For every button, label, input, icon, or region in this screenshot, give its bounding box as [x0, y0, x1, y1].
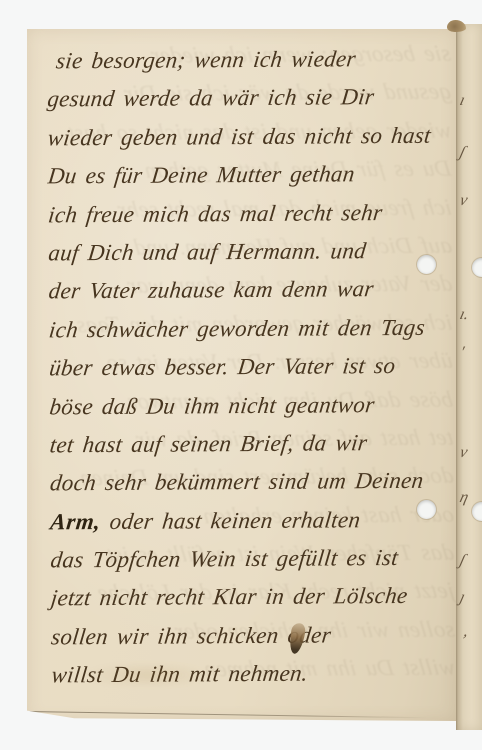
handwriting-line: sie besorgen; wenn ich wieder — [45, 40, 457, 81]
edge-ink-fragment: η — [458, 489, 470, 507]
handwriting-line: das Töpfchen Wein ist gefüllt es ist — [48, 539, 460, 580]
punch-hole — [417, 255, 436, 274]
handwriting-word-emphasis: Arm, — [49, 509, 102, 534]
edge-ink-fragment: ȷ — [458, 589, 467, 607]
scan-background: sie besorgen; wenn ich wieder gesund wer… — [0, 0, 482, 750]
handwriting-line: böse daß Du ihm nicht geantwor — [47, 385, 459, 426]
handwriting-line: Arm, oder hast keinen erhalten — [48, 500, 460, 541]
paper-stain — [82, 662, 212, 688]
handwriting-line: wieder geben und ist das nicht so hast — [46, 116, 458, 157]
handwriting-line: tet hast auf seinen Brief, da wir — [48, 423, 460, 464]
paper-tear — [447, 20, 466, 32]
edge-ink-fragment: ı. — [458, 306, 471, 324]
handwriting-line: über etwas besser. Der Vater ist so — [47, 347, 459, 388]
handwriting-line: jetzt nicht recht Klar in der Lölsche — [49, 577, 461, 618]
handwriting-line: ich freue mich das mal recht sehr — [46, 193, 458, 234]
letter-page: sie besorgen; wenn ich wieder gesund wer… — [27, 29, 456, 721]
handwriting-line: gesund werde da wär ich sie Dir — [45, 78, 457, 119]
edge-ink-fragment: ʃ — [458, 144, 467, 162]
handwriting-line: ich schwächer geworden mit den Tags — [47, 308, 459, 349]
handwriting-line: der Vater zuhause kam denn war — [47, 270, 459, 311]
punch-hole — [417, 500, 436, 519]
edge-ink-fragment: ʃ — [458, 552, 467, 570]
handwriting-line: Du es für Deine Mutter gethan — [46, 155, 458, 196]
handwriting-line: sollen wir ihn schicken oder — [49, 615, 461, 656]
bottom-crease — [27, 711, 427, 718]
edge-ink-fragment: ʹ — [458, 344, 466, 362]
edge-ink-fragment: ı — [458, 92, 467, 110]
edge-ink-fragment: ʼ — [458, 632, 468, 650]
edge-ink-fragment: ν — [458, 192, 470, 210]
handwriting-line: doch sehr bekümmert sind um Deinen — [48, 462, 460, 503]
handwriting-line-rest: oder hast keinen erhalten — [108, 507, 361, 534]
handwriting-line: auf Dich und auf Hermann. und — [46, 231, 458, 272]
edge-ink-fragment: ν — [458, 444, 470, 462]
second-page-edge: ı ʃ ν ı. ʹ ν η ʃ ȷ ʼ — [456, 24, 482, 730]
handwriting-text: sie besorgen; wenn ich wieder gesund wer… — [45, 40, 458, 695]
